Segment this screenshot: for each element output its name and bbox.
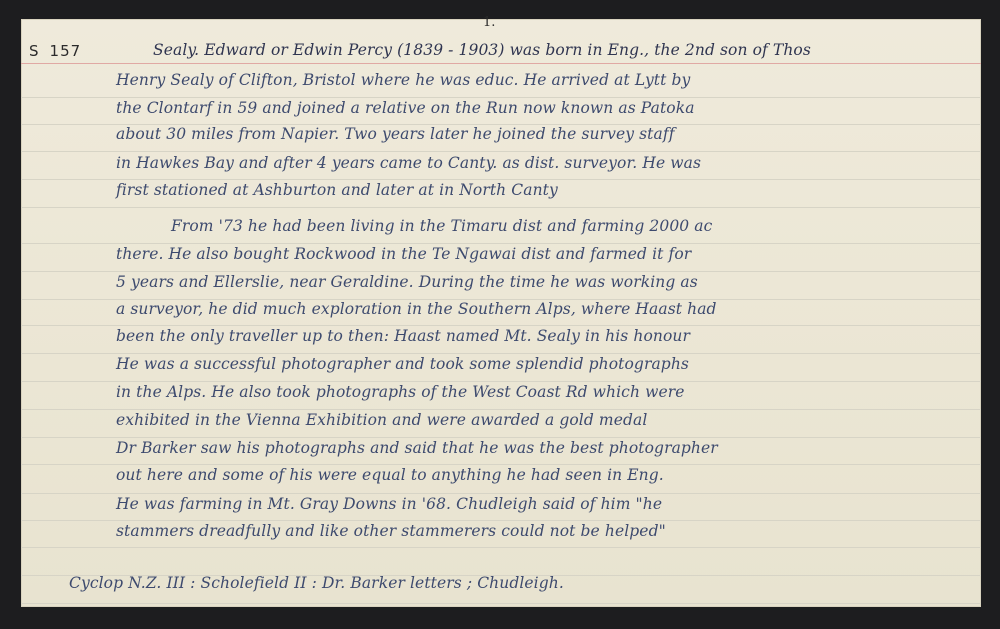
ruled-line xyxy=(21,207,981,208)
text-line: in Hawkes Bay and after 4 years came to … xyxy=(116,154,701,172)
text-line: He was farming in Mt. Gray Downs in '68.… xyxy=(116,495,662,513)
ruled-line xyxy=(21,151,981,152)
text-line: 5 years and Ellerslie, near Geraldine. D… xyxy=(116,273,698,291)
ruled-line xyxy=(21,243,981,244)
ruled-line xyxy=(21,325,981,326)
text-line: about 30 miles from Napier. Two years la… xyxy=(116,125,675,143)
ruled-line xyxy=(21,493,981,494)
text-line: a surveyor, he did much exploration in t… xyxy=(116,300,717,318)
entry-heading: Sealy. Edward or Edwin Percy (1839 - 190… xyxy=(153,41,811,59)
ruled-line xyxy=(21,520,981,521)
ruled-line xyxy=(21,603,981,604)
reference-number: 157 xyxy=(50,42,82,60)
text-line: there. He also bought Rockwood in the Te… xyxy=(116,245,691,263)
ruled-line xyxy=(21,409,981,410)
ruled-line xyxy=(21,547,981,548)
red-header-rule xyxy=(21,63,981,64)
ruled-line xyxy=(21,353,981,354)
text-line: been the only traveller up to then: Haas… xyxy=(116,327,690,345)
text-line: Henry Sealy of Clifton, Bristol where he… xyxy=(116,71,690,89)
text-line: first stationed at Ashburton and later a… xyxy=(116,181,558,199)
ruled-line xyxy=(21,437,981,438)
page-number: 1. xyxy=(483,15,495,30)
text-line: in the Alps. He also took photographs of… xyxy=(116,383,685,401)
text-line: the Clontarf in 59 and joined a relative… xyxy=(116,99,695,117)
ruled-line xyxy=(21,97,981,98)
index-card: 1. S157 Sealy. Edward or Edwin Percy (18… xyxy=(21,19,981,607)
text-line: He was a successful photographer and too… xyxy=(116,355,689,373)
paragraph-start-line: From '73 he had been living in the Timar… xyxy=(171,217,712,235)
reference-code: S157 xyxy=(29,42,81,60)
ruled-line xyxy=(21,381,981,382)
ruled-line xyxy=(21,464,981,465)
text-line: exhibited in the Vienna Exhibition and w… xyxy=(116,411,647,429)
sources-line: Cyclop N.Z. III : Scholefield II : Dr. B… xyxy=(69,574,564,592)
text-line: Dr Barker saw his photographs and said t… xyxy=(116,439,718,457)
ruled-line xyxy=(21,179,981,180)
ruled-line xyxy=(21,271,981,272)
reference-letter: S xyxy=(29,42,40,60)
text-line: stammers dreadfully and like other stamm… xyxy=(116,522,666,540)
scan-background: 1. S157 Sealy. Edward or Edwin Percy (18… xyxy=(0,0,1000,629)
text-line: out here and some of his were equal to a… xyxy=(116,466,664,484)
